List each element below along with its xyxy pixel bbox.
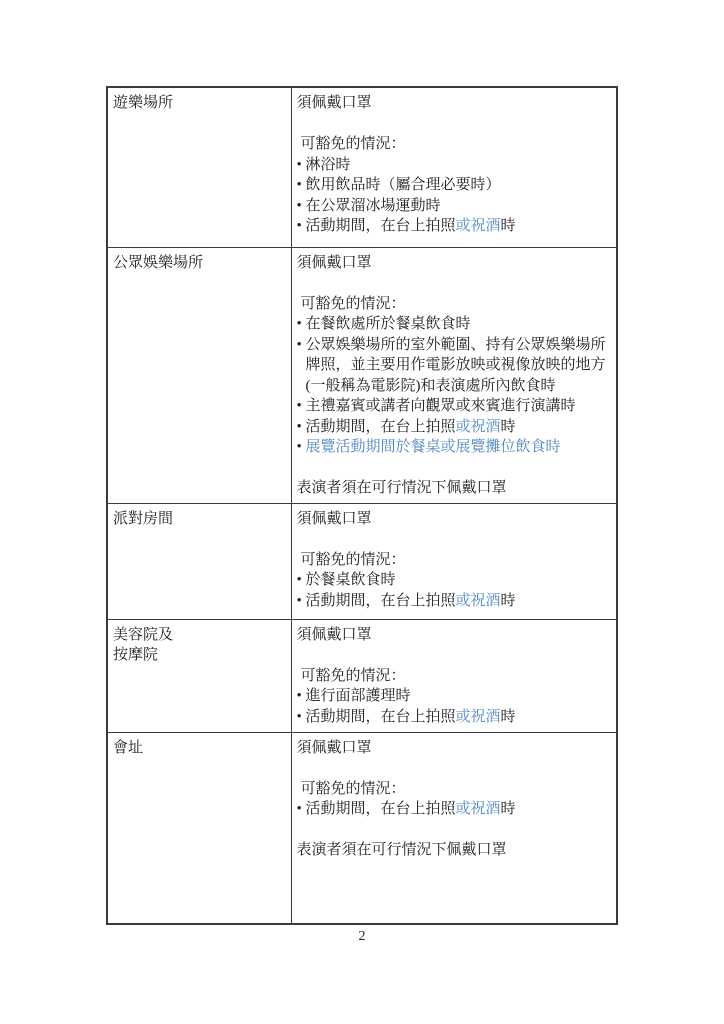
- hyperlink-text[interactable]: 展覽活動期間於餐桌或展覽攤位飲食時: [306, 439, 561, 455]
- blank-line: [297, 114, 613, 135]
- exemption-bullet-item: •活動期間，在台上拍照或祝酒時: [297, 799, 613, 820]
- venue-name: 會址: [113, 738, 287, 759]
- bullet-icon: •: [297, 196, 306, 217]
- blank-line: [297, 645, 613, 666]
- blank-line: [297, 820, 613, 841]
- text-segment: 時: [501, 218, 516, 234]
- text-segment: 活動期間，在台上拍照: [306, 218, 456, 234]
- exemption-bullet-item: •飲用飲品時（屬合理必要時）: [297, 175, 613, 196]
- requirement-text: 須佩戴口罩: [297, 738, 613, 759]
- mask-table-body: 遊樂場所須佩戴口罩 可豁免的情況：•淋浴時•飲用飲品時（屬合理必要時）•在公眾溜…: [107, 87, 617, 924]
- exemption-bullet-item: •活動期間，在台上拍照或祝酒時: [297, 707, 613, 728]
- exemption-bullet-item: •活動期間，在台上拍照或祝酒時: [297, 216, 613, 237]
- venue-name: 美容院及: [113, 625, 287, 646]
- bullet-icon: •: [297, 216, 306, 237]
- blank-line: [297, 273, 613, 294]
- table-row: 遊樂場所須佩戴口罩 可豁免的情況：•淋浴時•飲用飲品時（屬合理必要時）•在公眾溜…: [107, 87, 617, 247]
- requirement-text: 須佩戴口罩: [297, 253, 613, 274]
- hyperlink-text[interactable]: 或祝酒: [456, 709, 501, 725]
- bullet-item-text: 展覽活動期間於餐桌或展覽攤位飲食時: [306, 437, 613, 458]
- exemption-bullet-item: •在公眾溜冰場運動時: [297, 196, 613, 217]
- hyperlink-text[interactable]: 或祝酒: [456, 593, 501, 609]
- bullet-item-text: 活動期間，在台上拍照或祝酒時: [306, 216, 613, 237]
- bullet-item-text: 公眾娛樂場所的室外範圍、持有公眾娛樂場所牌照，並主要用作電影放映或視像放映的地方…: [306, 335, 613, 397]
- venue-cell: 美容院及按摩院: [107, 619, 291, 732]
- venue-name: 遊樂場所: [113, 93, 287, 114]
- exemption-bullet-item: •展覽活動期間於餐桌或展覽攤位飲食時: [297, 437, 613, 458]
- requirement-text: 表演者須在可行情況下佩戴口罩: [297, 478, 613, 499]
- exemption-bullet-item: •主禮嘉賓或講者向觀眾或來賓進行演講時: [297, 396, 613, 417]
- venue-cell: 派對房間: [107, 503, 291, 619]
- requirement-cell: 須佩戴口罩 可豁免的情況：•活動期間，在台上拍照或祝酒時 表演者須在可行情況下佩…: [291, 732, 617, 924]
- bullet-item-text: 主禮嘉賓或講者向觀眾或來賓進行演講時: [306, 396, 613, 417]
- blank-line: [297, 758, 613, 779]
- text-segment: 淋浴時: [306, 157, 351, 173]
- exemption-bullet-item: •公眾娛樂場所的室外範圍、持有公眾娛樂場所牌照，並主要用作電影放映或視像放映的地…: [297, 335, 613, 397]
- exemption-bullet-item: •在餐飲處所於餐桌飲食時: [297, 314, 613, 335]
- bullet-icon: •: [297, 437, 306, 458]
- bullet-icon: •: [297, 570, 306, 591]
- bullet-icon: •: [297, 314, 306, 335]
- text-segment: 可豁免的情況：: [301, 296, 406, 312]
- text-segment: 飲用飲品時（屬合理必要時）: [306, 177, 501, 193]
- text-segment: 在公眾溜冰場運動時: [306, 198, 441, 214]
- exemption-heading: 可豁免的情況：: [297, 134, 613, 155]
- text-segment: 時: [501, 801, 516, 817]
- text-segment: 時: [501, 709, 516, 725]
- text-segment: 表演者須在可行情況下佩戴口罩: [297, 842, 507, 858]
- bullet-item-text: 飲用飲品時（屬合理必要時）: [306, 175, 613, 196]
- bullet-item-text: 活動期間，在台上拍照或祝酒時: [306, 799, 613, 820]
- bullet-item-text: 活動期間，在台上拍照或祝酒時: [306, 417, 613, 438]
- table-row: 美容院及按摩院須佩戴口罩 可豁免的情況：•進行面部護理時•活動期間，在台上拍照或…: [107, 619, 617, 732]
- document-page: 遊樂場所須佩戴口罩 可豁免的情況：•淋浴時•飲用飲品時（屬合理必要時）•在公眾溜…: [0, 0, 724, 1024]
- text-segment: 可豁免的情況：: [301, 136, 406, 152]
- text-segment: 進行面部護理時: [306, 688, 411, 704]
- text-segment: 公眾娛樂場所的室外範圍、持有公眾娛樂場所牌照，並主要用作電影放映或視像放映的地方…: [306, 337, 606, 394]
- text-segment: 時: [501, 419, 516, 435]
- bullet-item-text: 活動期間，在台上拍照或祝酒時: [306, 707, 613, 728]
- requirement-text: 須佩戴口罩: [297, 93, 613, 114]
- text-segment: 於餐桌飲食時: [306, 572, 396, 588]
- bullet-icon: •: [297, 335, 306, 397]
- text-segment: 活動期間，在台上拍照: [306, 593, 456, 609]
- text-segment: 須佩戴口罩: [297, 95, 372, 111]
- page-number: 2: [0, 929, 724, 945]
- bullet-item-text: 淋浴時: [306, 155, 613, 176]
- text-segment: 活動期間，在台上拍照: [306, 709, 456, 725]
- table-row: 會址須佩戴口罩 可豁免的情況：•活動期間，在台上拍照或祝酒時 表演者須在可行情況…: [107, 732, 617, 924]
- requirement-cell: 須佩戴口罩 可豁免的情況：•於餐桌飲食時•活動期間，在台上拍照或祝酒時: [291, 503, 617, 619]
- text-segment: 主禮嘉賓或講者向觀眾或來賓進行演講時: [306, 398, 576, 414]
- exemption-bullet-item: •於餐桌飲食時: [297, 570, 613, 591]
- exemption-heading: 可豁免的情況：: [297, 666, 613, 687]
- text-segment: 須佩戴口罩: [297, 511, 372, 527]
- venue-cell: 公眾娛樂場所: [107, 247, 291, 503]
- text-segment: 可豁免的情況：: [301, 781, 406, 797]
- text-segment: 須佩戴口罩: [297, 740, 372, 756]
- hyperlink-text[interactable]: 或祝酒: [456, 218, 501, 234]
- text-segment: 可豁免的情況：: [301, 668, 406, 684]
- bullet-icon: •: [297, 707, 306, 728]
- text-segment: 可豁免的情況：: [301, 552, 406, 568]
- text-segment: 須佩戴口罩: [297, 627, 372, 643]
- bullet-icon: •: [297, 155, 306, 176]
- text-segment: 活動期間，在台上拍照: [306, 419, 456, 435]
- requirement-text: 須佩戴口罩: [297, 509, 613, 530]
- exemption-bullet-item: •進行面部護理時: [297, 686, 613, 707]
- bullet-icon: •: [297, 175, 306, 196]
- bullet-icon: •: [297, 396, 306, 417]
- text-segment: 表演者須在可行情況下佩戴口罩: [297, 480, 507, 496]
- text-segment: 活動期間，在台上拍照: [306, 801, 456, 817]
- bullet-icon: •: [297, 686, 306, 707]
- bullet-icon: •: [297, 417, 306, 438]
- requirement-cell: 須佩戴口罩 可豁免的情況：•在餐飲處所於餐桌飲食時•公眾娛樂場所的室外範圍、持有…: [291, 247, 617, 503]
- blank-line: [297, 529, 613, 550]
- venue-cell: 會址: [107, 732, 291, 924]
- bullet-icon: •: [297, 799, 306, 820]
- hyperlink-text[interactable]: 或祝酒: [456, 419, 501, 435]
- blank-line: [297, 458, 613, 479]
- bullet-item-text: 活動期間，在台上拍照或祝酒時: [306, 591, 613, 612]
- text-segment: 在餐飲處所於餐桌飲食時: [306, 316, 471, 332]
- bullet-item-text: 進行面部護理時: [306, 686, 613, 707]
- requirement-cell: 須佩戴口罩 可豁免的情況：•淋浴時•飲用飲品時（屬合理必要時）•在公眾溜冰場運動…: [291, 87, 617, 247]
- bullet-item-text: 在餐飲處所於餐桌飲食時: [306, 314, 613, 335]
- venue-name: 公眾娛樂場所: [113, 253, 287, 274]
- requirement-text: 表演者須在可行情況下佩戴口罩: [297, 840, 613, 861]
- table-row: 派對房間須佩戴口罩 可豁免的情況：•於餐桌飲食時•活動期間，在台上拍照或祝酒時: [107, 503, 617, 619]
- bullet-item-text: 於餐桌飲食時: [306, 570, 613, 591]
- venue-mask-rules-table: 遊樂場所須佩戴口罩 可豁免的情況：•淋浴時•飲用飲品時（屬合理必要時）•在公眾溜…: [106, 86, 618, 925]
- table-row: 公眾娛樂場所須佩戴口罩 可豁免的情況：•在餐飲處所於餐桌飲食時•公眾娛樂場所的室…: [107, 247, 617, 503]
- exemption-heading: 可豁免的情況：: [297, 779, 613, 800]
- venue-cell: 遊樂場所: [107, 87, 291, 247]
- text-segment: 時: [501, 593, 516, 609]
- requirement-cell: 須佩戴口罩 可豁免的情況：•進行面部護理時•活動期間，在台上拍照或祝酒時: [291, 619, 617, 732]
- exemption-heading: 可豁免的情況：: [297, 294, 613, 315]
- exemption-bullet-item: •活動期間，在台上拍照或祝酒時: [297, 417, 613, 438]
- exemption-heading: 可豁免的情況：: [297, 550, 613, 571]
- bullet-icon: •: [297, 591, 306, 612]
- exemption-bullet-item: •活動期間，在台上拍照或祝酒時: [297, 591, 613, 612]
- hyperlink-text[interactable]: 或祝酒: [456, 801, 501, 817]
- text-segment: 須佩戴口罩: [297, 255, 372, 271]
- bullet-item-text: 在公眾溜冰場運動時: [306, 196, 613, 217]
- venue-name: 派對房間: [113, 509, 287, 530]
- requirement-text: 須佩戴口罩: [297, 625, 613, 646]
- exemption-bullet-item: •淋浴時: [297, 155, 613, 176]
- venue-name: 按摩院: [113, 645, 287, 666]
